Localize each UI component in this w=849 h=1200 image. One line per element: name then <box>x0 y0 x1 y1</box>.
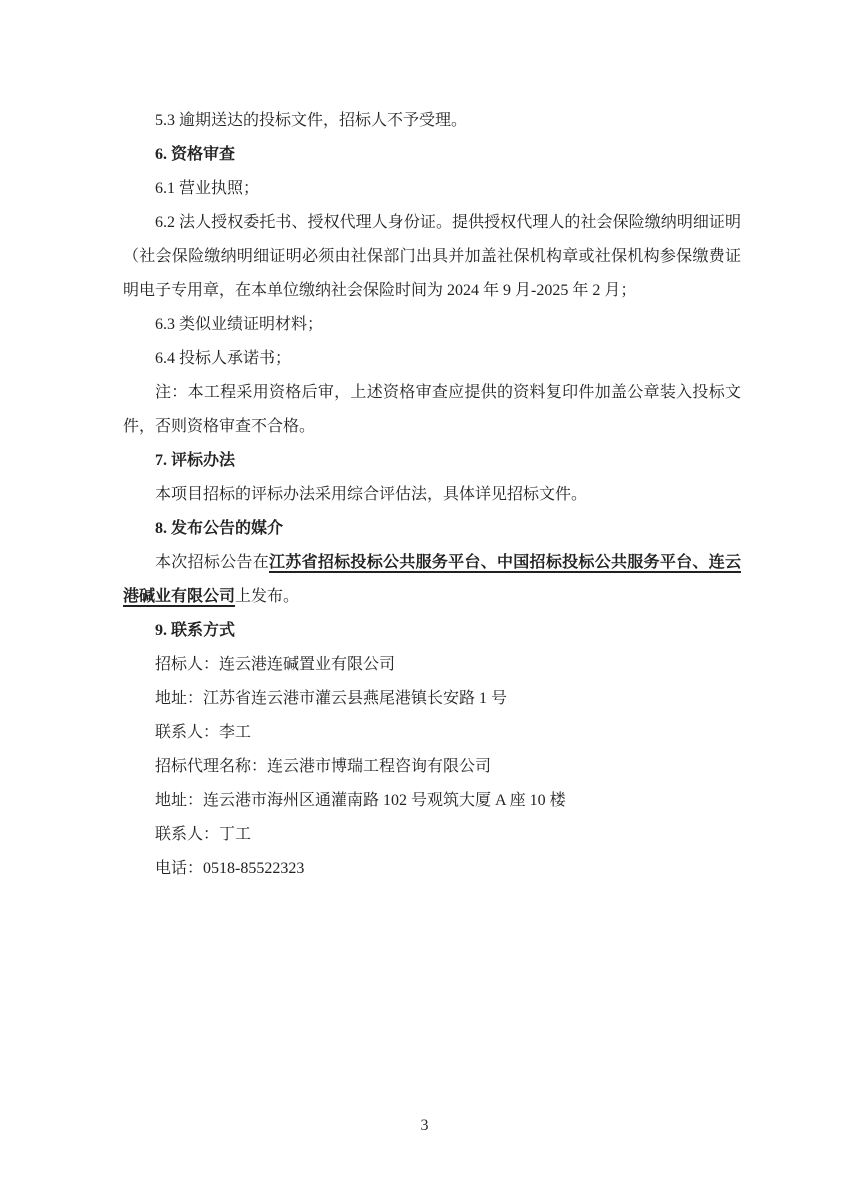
para-tenderer-address: 地址：江苏省连云港市灌云县燕尾港镇长安路 1 号 <box>123 682 741 716</box>
para-agency-name: 招标代理名称：连云港市博瑞工程咨询有限公司 <box>123 750 741 784</box>
text-run: 地址：连云港市海州区通灌南路 102 号观筑大厦 A 座 10 楼 <box>155 792 566 809</box>
heading-9-contact: 9. 联系方式 <box>123 614 741 648</box>
text-run: 9. 联系方式 <box>155 622 235 639</box>
page-number: 3 <box>0 1116 849 1136</box>
text-run: 6.1 营业执照； <box>155 180 259 197</box>
para-tenderer: 招标人：连云港连碱置业有限公司 <box>123 648 741 682</box>
para-6-2-authorization: 6.2 法人授权委托书、授权代理人身份证。提供授权代理人的社会保险缴纳明细证明（… <box>123 206 741 308</box>
text-run: 本次招标公告在 <box>155 554 269 571</box>
text-run: 招标人：连云港连碱置业有限公司 <box>155 656 395 673</box>
para-agency-phone: 电话：0518-85522323 <box>123 852 741 886</box>
text-run: 联系人：丁工 <box>155 826 251 843</box>
para-agency-contact: 联系人：丁工 <box>123 818 741 852</box>
text-run: 6.4 投标人承诺书； <box>155 350 291 367</box>
para-8-announcement-body: 本次招标公告在江苏省招标投标公共服务平台、中国招标投标公共服务平台、连云港碱业有… <box>123 546 741 614</box>
heading-8-announcement-media: 8. 发布公告的媒介 <box>123 512 741 546</box>
text-run: 6.3 类似业绩证明材料； <box>155 316 323 333</box>
text-run: 地址：江苏省连云港市灌云县燕尾港镇长安路 1 号 <box>155 690 507 707</box>
para-6-1-business-license: 6.1 营业执照； <box>123 172 741 206</box>
text-run: 5.3 逾期送达的投标文件，招标人不予受理。 <box>155 112 467 129</box>
text-run: 6.2 法人授权委托书、授权代理人身份证。提供授权代理人的社会保险缴纳明细证明（… <box>123 214 741 299</box>
heading-6-qualification-review: 6. 资格审查 <box>123 138 741 172</box>
para-5-3-late-bids: 5.3 逾期送达的投标文件，招标人不予受理。 <box>123 104 741 138</box>
text-run: 联系人：李工 <box>155 724 251 741</box>
document-body: 5.3 逾期送达的投标文件，招标人不予受理。6. 资格审查6.1 营业执照；6.… <box>123 104 741 886</box>
text-run: 本项目招标的评标办法采用综合评估法，具体详见招标文件。 <box>155 486 587 503</box>
para-tenderer-contact: 联系人：李工 <box>123 716 741 750</box>
para-7-evaluation-body: 本项目招标的评标办法采用综合评估法，具体详见招标文件。 <box>123 478 741 512</box>
text-run: 上发布。 <box>235 588 299 605</box>
para-6-3-similar-performance: 6.3 类似业绩证明材料； <box>123 308 741 342</box>
text-run: 7. 评标办法 <box>155 452 235 469</box>
text-run: 8. 发布公告的媒介 <box>155 520 283 537</box>
para-6-4-bidder-commitment: 6.4 投标人承诺书； <box>123 342 741 376</box>
text-run: 注：本工程采用资格后审，上述资格审查应提供的资料复印件加盖公章装入投标文件，否则… <box>123 384 741 435</box>
heading-7-evaluation-method: 7. 评标办法 <box>123 444 741 478</box>
para-agency-address: 地址：连云港市海州区通灌南路 102 号观筑大厦 A 座 10 楼 <box>123 784 741 818</box>
document-page: 5.3 逾期送达的投标文件，招标人不予受理。6. 资格审查6.1 营业执照；6.… <box>0 0 849 1200</box>
para-note-post-qualification: 注：本工程采用资格后审，上述资格审查应提供的资料复印件加盖公章装入投标文件，否则… <box>123 376 741 444</box>
text-run: 招标代理名称：连云港市博瑞工程咨询有限公司 <box>155 758 491 775</box>
text-run: 6. 资格审查 <box>155 146 235 163</box>
text-run: 电话：0518-85522323 <box>155 860 304 877</box>
